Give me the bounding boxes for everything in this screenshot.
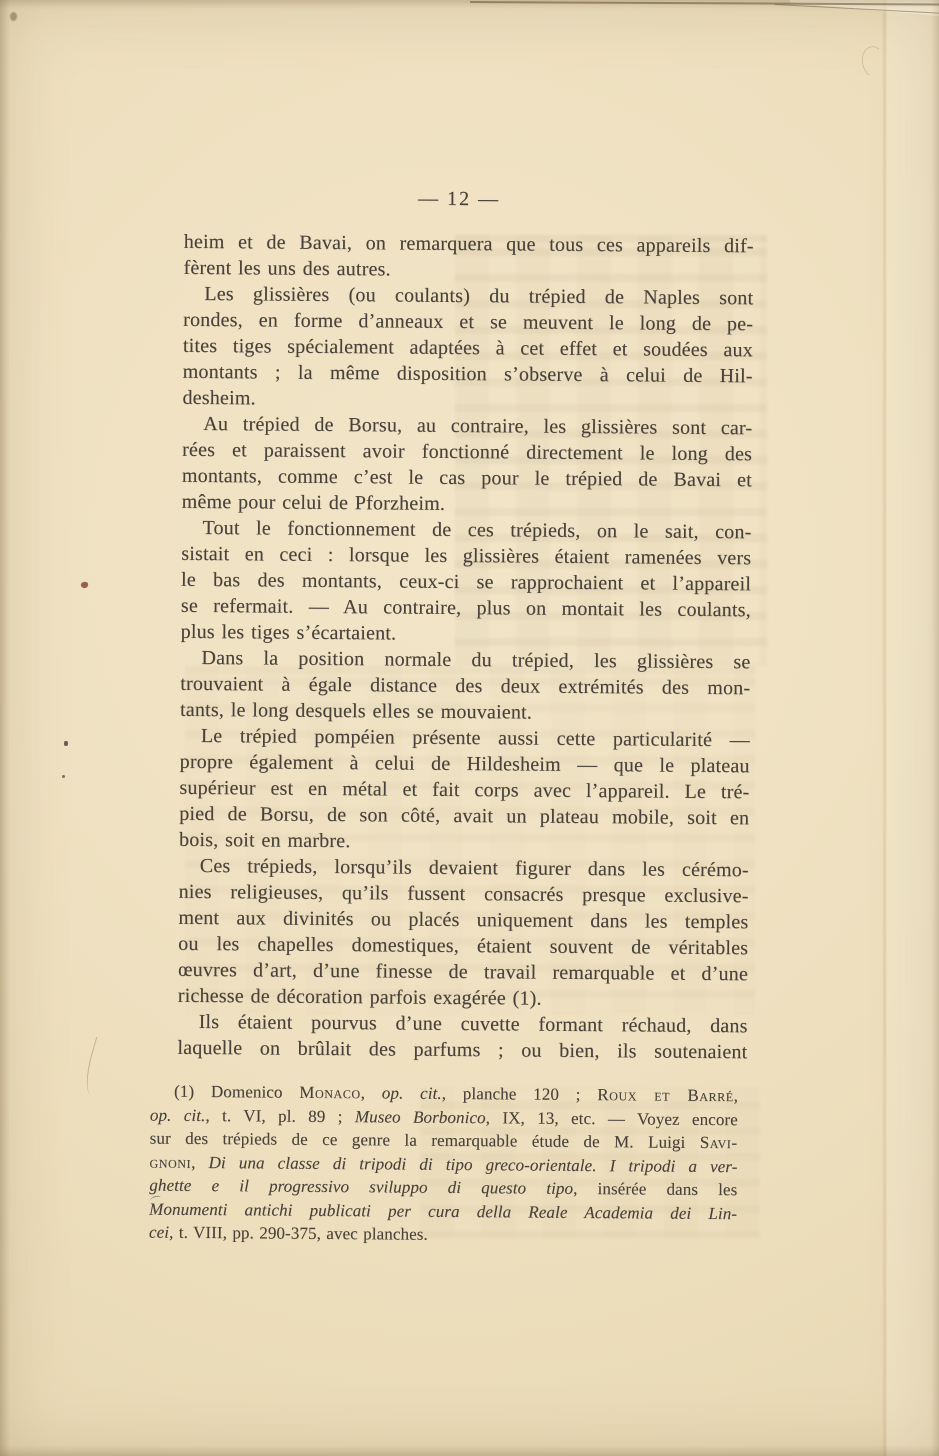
paragraph: Au trépied de Borsu, au contraire, les g… bbox=[182, 411, 753, 519]
footnote-text: sur des trépieds de ce genre la remarqua… bbox=[150, 1129, 700, 1152]
paragraph: Le trépied pompéien présente aussi cette… bbox=[179, 723, 750, 857]
citation-italic: cei, bbox=[149, 1223, 174, 1242]
scanned-book-page: — 12 — heim et de Bavai, on remarquera q… bbox=[0, 0, 939, 1456]
footnote-text: t. VIII, pp. 290-375, avec planches. bbox=[173, 1223, 428, 1244]
footnote: (1) Domenico Monaco, op. cit., planche 1… bbox=[149, 1080, 738, 1249]
footnote-text: , IX, 13, etc. — Voyez encore bbox=[486, 1108, 738, 1129]
footnote-text: , insérée dans les bbox=[573, 1179, 737, 1199]
paragraph: Les glissières (ou coulants) du trépied … bbox=[182, 281, 753, 415]
paragraph: Tout le fonctionnement de ces trépieds, … bbox=[181, 515, 752, 649]
text-line: montants ; la même disposition s’observe… bbox=[183, 359, 753, 389]
author-smallcaps: Roux et Barré bbox=[597, 1085, 734, 1105]
author-smallcaps: gnoni bbox=[149, 1152, 191, 1171]
page-content: — 12 — heim et de Bavai, on remarquera q… bbox=[0, 0, 939, 1456]
citation-italic: op. cit. bbox=[382, 1083, 442, 1102]
paragraph: Dans la position normale du trépied, les… bbox=[180, 645, 751, 727]
citation-italic: ghette e il progressivo sviluppo di ques… bbox=[149, 1176, 573, 1198]
paragraph: Ils étaient pourvus d’une cuvette forman… bbox=[177, 1009, 747, 1065]
paragraph: heim et de Bavai, on remarquera que tous… bbox=[183, 229, 753, 285]
citation-italic: Monumenti antichi publicati per cura del… bbox=[149, 1199, 737, 1223]
text-line: laquelle on brûlait des parfums ; ou bie… bbox=[177, 1035, 747, 1065]
footnote-text: (1) Domenico bbox=[174, 1082, 299, 1102]
footnote-text: , bbox=[734, 1086, 739, 1105]
paragraph: Ces trépieds, lorsqu’ils devaient figure… bbox=[178, 853, 749, 1013]
footnote-text: , bbox=[361, 1083, 382, 1102]
footnote-text: , bbox=[191, 1152, 209, 1171]
citation-italic: Di una classe di tripodi di tipo greco-o… bbox=[209, 1153, 738, 1176]
footnote-text: , planche 120 ; bbox=[442, 1084, 598, 1104]
page-number-header: — 12 — bbox=[184, 186, 734, 213]
footnote-text: , t. VI, pl. 89 ; bbox=[205, 1106, 355, 1126]
author-smallcaps: Monaco bbox=[299, 1083, 361, 1102]
citation-italic: Museo Borbonico bbox=[355, 1107, 486, 1127]
footnote-line: cei, t. VIII, pp. 290-375, avec planches… bbox=[149, 1221, 737, 1249]
author-smallcaps: Savi- bbox=[700, 1133, 738, 1152]
citation-italic: op. cit. bbox=[150, 1105, 206, 1124]
body-text: heim et de Bavai, on remarquera que tous… bbox=[177, 229, 754, 1065]
